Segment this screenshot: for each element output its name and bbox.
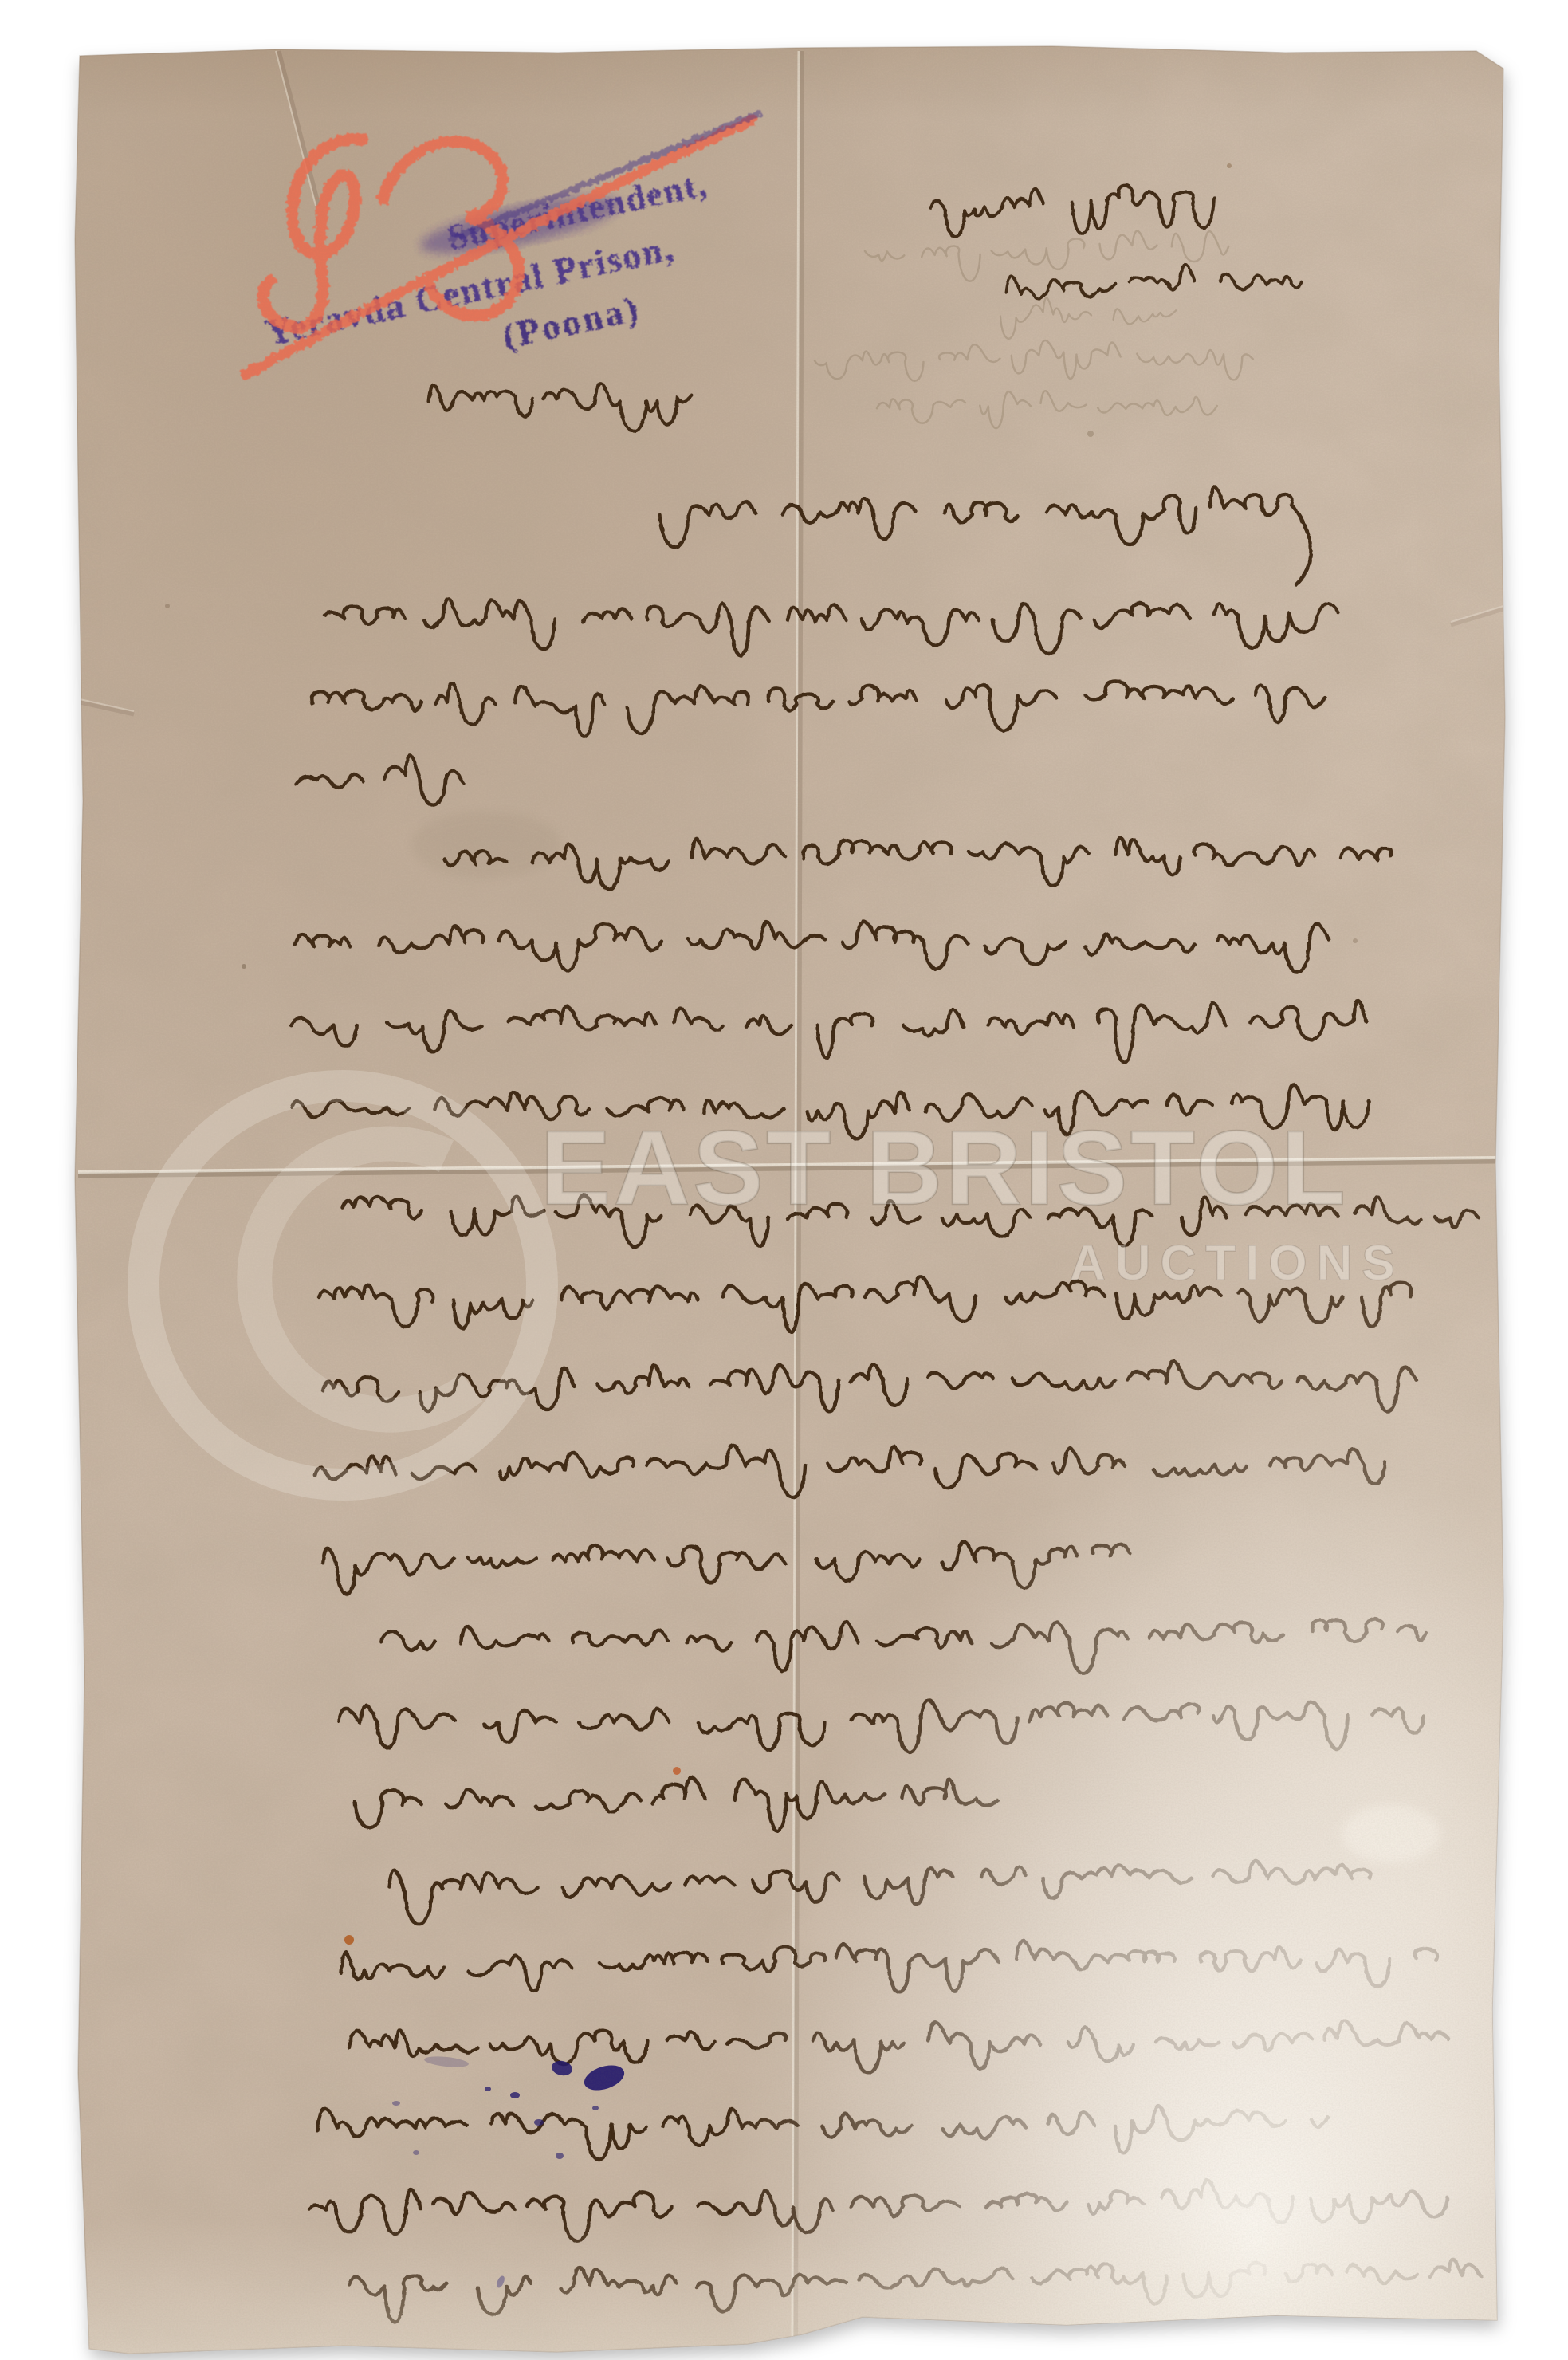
watermark-subtitle: AUCTIONS xyxy=(1070,1236,1405,1291)
letter-scan: Superintendent, Yeravda Central Prison, … xyxy=(0,0,1568,2360)
watermark-title: EAST BRISTOL xyxy=(540,1109,1349,1226)
letter-paper: Superintendent, Yeravda Central Prison, … xyxy=(0,0,1568,2360)
